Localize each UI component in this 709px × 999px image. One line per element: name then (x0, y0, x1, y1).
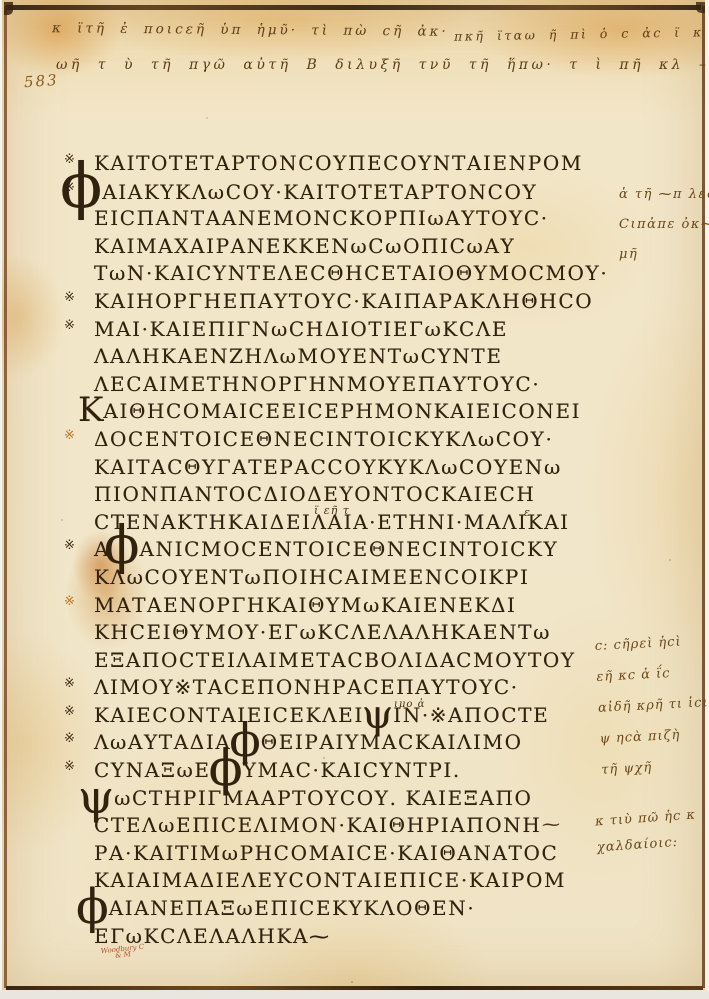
text-line: ΛΕϹΑΙΜΕΤΗΝΟΡΓΗΝΜΟΥΕΠΑΥΤΟΥϹ· (94, 371, 608, 399)
text-line: ※ΛΙΜΟΥ※ΤΑϹΕΠΟΝΗΡΑϹΕΠΑΥΤΟΥϹ· (94, 674, 608, 702)
line-text: ΑΝΙϹΜΟϹΕΝΤΟΙϹΕΘΝΕϹΙΝΤΟΙϹΚΥ (140, 537, 559, 561)
enlarged-initial: Κ (78, 390, 103, 430)
page-edge-top (6, 5, 701, 10)
text-line: ※ΑϕΑΝΙϹΜΟϹΕΝΤΟΙϹΕΘΝΕϹΙΝΤΟΙϹΚΥ (94, 536, 608, 564)
asteriskos-mark: ※ (64, 705, 75, 718)
margin-note-line: χαλδαίοιϲ: (596, 828, 699, 861)
text-line: ϹΤΕΛωΕΠΙϹΕΛΙΜΟΝ·ΚΑΙΘΗΡΙΑΠΟΝΗ (94, 812, 608, 840)
line-text: ΑΙΑΝΕΠΑΞωΕΠΙϹΕΚΥΚΛΟΘΕΝ· (109, 896, 476, 920)
margin-note-line: ἁ τῆ ⁓π λες (619, 180, 709, 210)
line-text: ϹΤΕΝΑΚΤΗΚΑΙΔΕΙΛΑΙΑ·ΕΤΗΝΙ·ΜΑΛΙΚΑΙ (94, 510, 570, 534)
folio-number: 583 (23, 71, 59, 91)
line-text: ΜΑΤΑΕΝΟΡΓΗΚΑΙΘΥΜωΚΑΙΕΝΕΚΔΙ (94, 593, 517, 617)
text-line: ΚΑΙΘΗϹΟΜΑΙϹΕΕΙϹΕΡΗΜΟΝΚΑΙΕΙϹΟΝΕΙ (94, 398, 608, 426)
line-text: ΕΞΑΠΟϹΤΕΙΛΑΙΜΕΤΑϹΒΟΛΙΔΑϹΜΟΥΤΟΥ (94, 648, 576, 672)
line-text: ΛΑΛΗΚΑΕΝΖΗΛωΜΟΥΕΝΤωϹΥΝΤΕ (94, 344, 503, 368)
line-text: ΚΑΙΑΙΜΑΔΙΕΛΕΥϹΟΝΤΑΙΕΠΙϹΕ·ΚΑΙΡΟΜ (94, 868, 566, 892)
scan-bottom-strip (0, 990, 709, 999)
asteriskos-mark: ※ (64, 291, 75, 304)
line-text: ΑΙΑΚΥΚΛωϹΟΥ·ΚΑΙΤΟΤΕΤΑΡΤΟΝϹΟΥ (102, 180, 537, 204)
text-line: ※ΔΟϹΕΝΤΟΙϹΕΘΝΕϹΙΝΤΟΙϹΚΥΚΛωϹΟΥ· (94, 426, 608, 454)
text-line: ΚΑΙΜΑΧΑΙΡΑΝΕΚΚΕΝωϹωΟΠΙϹωΑΥ (94, 233, 608, 261)
text-line: ϹΤΕΝΑΚΤΗΚΑΙΔΕΙΛΑΙΑ·ΕΤΗΝΙ·ΜΑΛΙΚΑΙ (94, 509, 608, 537)
text-line: ϕΑΙΑΝΕΠΑΞωΕΠΙϹΕΚΥΚΛΟΘΕΝ· (94, 895, 608, 923)
text-line: ΡΑ·ΚΑΙΤΙΜωΡΗϹΟΜΑΙϹΕ·ΚΑΙΘΑΝΑΤΟϹ (94, 840, 608, 868)
text-line: ※ΚΑΙΗΟΡΓΗΕΠΑΥΤΟΥϹ·ΚΑΙΠΑΡΑΚΛΗΘΗϹΟ (94, 288, 608, 316)
text-line: ΛΑΛΗΚΑΕΝΖΗΛωΜΟΥΕΝΤωϹΥΝΤΕ (94, 343, 608, 371)
margin-note-line: τῆ ψχῆ (601, 749, 709, 786)
line-text: ΘΕΙΡΑΙΥΜΑϹΚΑΙΛΙΜΟ (261, 730, 523, 754)
asteriskos-mark: ※ (64, 319, 75, 332)
line-text: ϹΤΕΛωΕΠΙϹΕΛΙΜΟΝ·ΚΑΙΘΗΡΙΑΠΟΝΗ (94, 813, 541, 837)
page-corner-top-right (696, 2, 705, 13)
line-text: ΙΝ·※ΑΠΟϹΤΕ (393, 703, 549, 727)
text-line: ΤωΝ·ΚΑΙϹΥΝΤΕΛΕϹΘΗϹΕΤΑΙΟΘΥΜΟϹΜΟΥ· (94, 260, 608, 288)
line-text: ΥΜΑϹ·ΚΑΙϹΥΝΤΡΙ. (243, 758, 461, 782)
line-text: ΠΙΟΝΠΑΝΤΟϹΔΙΟΔΕΥΟΝΤΟϹΚΑΙΕϹΗ (94, 482, 535, 506)
text-line: ΚΗϹΕΙΘΥΜΟΥ·ΕΓωΚϹΛΕΛΑΛΗΚΑΕΝΤω (94, 619, 608, 647)
top-margin-note-right: πκῆ ϊταω ῆ πὶ ὁ ϲ ἀϲ ϊ κ ὺ ὸ ὶ (454, 23, 709, 43)
text-line: ψωϹΤΗΡΙΓΜΑΑΡΤΟΥϹΟΥ. ΚΑΙΕΞΑΠΟ (94, 785, 608, 813)
text-line: ΠΙΟΝΠΑΝΤΟϹΔΙΟΔΕΥΟΝΤΟϹΚΑΙΕϹΗ (94, 481, 608, 509)
line-text: ΛΙΜΟΥ※ΤΑϹΕΠΟΝΗΡΑϹΕΠΑΥΤΟΥϹ· (94, 675, 519, 699)
asteriskos-mark: ※ (64, 429, 75, 442)
line-text: ΜΑΙ·ΚΑΙΕΠΙΓΝωϹΗΔΙΟΤΙΕΓωΚϹΛΕ (94, 317, 508, 341)
asteriskos-mark: ※ (64, 732, 75, 745)
text-line: ※ΜΑΙ·ΚΑΙΕΠΙΓΝωϹΗΔΙΟΤΙΕΓωΚϹΛΕ (94, 316, 608, 344)
margin-note-line: μῆ (619, 240, 709, 270)
text-line: ※ΜΑΤΑΕΝΟΡΓΗΚΑΙΘΥΜωΚΑΙΕΝΕΚΔΙ (94, 592, 608, 620)
margin-note-line: αἰδῆ κρῆ τι ἱϲι (597, 687, 709, 724)
line-text: ΚΗϹΕΙΘΥΜΟΥ·ΕΓωΚϹΛΕΛΑΛΗΚΑΕΝΤω (94, 620, 551, 644)
line-text: ΤωΝ·ΚΑΙϹΥΝΤΕΛΕϹΘΗϹΕΤΑΙΟΘΥΜΟϹΜΟΥ· (94, 261, 608, 285)
line-text: ΚΛωϹΟΥΕΝΤωΠΟΙΗϹΑΙΜΕΕΝϹΟΙΚΡΙ (94, 565, 529, 589)
line-text: ΚΑΙΤΟΤΕΤΑΡΤΟΝϹΟΥΠΕϹΟΥΝΤΑΙΕΝΡΟΜ (94, 151, 583, 175)
asteriskos-mark: ※ (64, 677, 75, 690)
line-text: ΚΑΙΜΑΧΑΙΡΑΝΕΚΚΕΝωϹωΟΠΙϹωΑΥ (94, 234, 515, 258)
right-margin-note-top: ἁ τῆ ⁓π λεςϹιπἀπε ὀκ⁓μῆ (619, 180, 709, 270)
page-corner-top-left (4, 2, 13, 15)
right-margin-note-lower: κ τιὺ πῶ ἡϲ κχαλδαίοιϲ: (594, 803, 698, 862)
line-text: ΚΑΙΗΟΡΓΗΕΠΑΥΤΟΥϹ·ΚΑΙΠΑΡΑΚΛΗΘΗϹΟ (94, 289, 593, 313)
text-line: ΚΑΙΑΙΜΑΔΙΕΛΕΥϹΟΝΤΑΙΕΠΙϹΕ·ΚΑΙΡΟΜ (94, 867, 608, 895)
text-line: ΚΛωϹΟΥΕΝΤωΠΟΙΗϹΑΙΜΕΕΝϹΟΙΚΡΙ (94, 564, 608, 592)
text-line: ※ϕΑΙΑΚΥΚΛωϹΟΥ·ΚΑΙΤΟΤΕΤΑΡΤΟΝϹΟΥ (94, 178, 608, 206)
text-line: ※ϹΥΝΑΞωΕϕΥΜΑϹ·ΚΑΙϹΥΝΤΡΙ. (94, 757, 608, 785)
right-margin-note-middle: ϲ: ϲῆρεὶ ἡϲὶεῆ κϲ ἀ ΐϲαἰδῆ κρῆ τι ἱϲιψ η… (594, 625, 709, 786)
line-text: ΚΑΙΤΑϹΘΥΓΑΤΕΡΑϹϹΟΥΚΥΚΛωϹΟΥΕΝω (94, 455, 562, 479)
line-text: ΔΟϹΕΝΤΟΙϹΕΘΝΕϹΙΝΤΟΙϹΚΥΚΛωϹΟΥ· (94, 427, 553, 451)
text-line: ΕΙϹΠΑΝΤΑΑΝΕΜΟΝϹΚΟΡΠΙωΑΥΤΟΥϹ· (94, 205, 608, 233)
top-margin-note-left: κ ϊτῆ ἐ ποιϲεῆ ὑπ ἡμῦ· τὶ πὼ ϲῆ ἀκ· (52, 20, 449, 39)
page-edge-right (702, 6, 705, 988)
line-text: ΑΙΘΗϹΟΜΑΙϹΕΕΙϹΕΡΗΜΟΝΚΑΙΕΙϹΟΝΕΙ (103, 399, 581, 423)
line-text: ωϹΤΗΡΙΓΜΑΑΡΤΟΥϹΟΥ. ΚΑΙΕΞΑΠΟ (114, 786, 532, 810)
asteriskos-mark: ※ (64, 595, 75, 608)
line-text: ΕΙϹΠΑΝΤΑΑΝΕΜΟΝϹΚΟΡΠΙωΑΥΤΟΥϹ· (94, 206, 549, 230)
manuscript-scan: κ ϊτῆ ἐ ποιϲεῆ ὑπ ἡμῦ· τὶ πὼ ϲῆ ἀκ· πκῆ … (0, 0, 709, 999)
parchment-page: κ ϊτῆ ἐ ποιϲεῆ ὑπ ἡμῦ· τὶ πὼ ϲῆ ἀκ· πκῆ … (2, 0, 705, 991)
top-margin-note-second: ωῆ τ ὺ τῆ πγῶ αὐτῆ Β διλυξῆ τνῦ τῆ ἥπω· … (56, 57, 709, 73)
line-text: ΛΕϹΑΙΜΕΤΗΝΟΡΓΗΝΜΟΥΕΠΑΥΤΟΥϹ· (94, 372, 540, 396)
text-line: ΕΞΑΠΟϹΤΕΙΛΑΙΜΕΤΑϹΒΟΛΙΔΑϹΜΟΥΤΟΥ (94, 647, 608, 675)
asteriskos-mark: ※ (64, 539, 75, 552)
photographer-stamp: Woodbury C & M (100, 944, 145, 960)
text-line: ΚΑΙΤΑϹΘΥΓΑΤΕΡΑϹϹΟΥΚΥΚΛωϹΟΥΕΝω (94, 454, 608, 482)
line-text: ΡΑ·ΚΑΙΤΙΜωΡΗϹΟΜΑΙϹΕ·ΚΑΙΘΑΝΑΤΟϹ (94, 841, 558, 865)
text-line: ※ΚΑΙΕϹΟΝΤΑΙΕΙϹΕΚΛΕΙψΙΝ·※ΑΠΟϹΤΕ (94, 702, 608, 730)
text-line: ※ΚΑΙΤΟΤΕΤΑΡΤΟΝϹΟΥΠΕϹΟΥΝΤΑΙΕΝΡΟΜ (94, 150, 608, 178)
asteriskos-mark: ※ (64, 760, 75, 773)
margin-note-line: Ϲιπἀπε ὀκ⁓ (619, 210, 709, 240)
text-line: ※ΛωΑΥΤΑΔΙΑϕΘΕΙΡΑΙΥΜΑϹΚΑΙΛΙΜΟ (94, 729, 608, 757)
text-line: ΕΓωΚϹΛΕΛΑΛΗΚΑ⁓ (94, 923, 608, 951)
page-edge-left (4, 6, 7, 988)
main-text-block: ※ΚΑΙΤΟΤΕΤΑΡΤΟΝϹΟΥΠΕϹΟΥΝΤΑΙΕΝΡΟΜ※ϕΑΙΑΚΥΚΛ… (94, 150, 608, 950)
